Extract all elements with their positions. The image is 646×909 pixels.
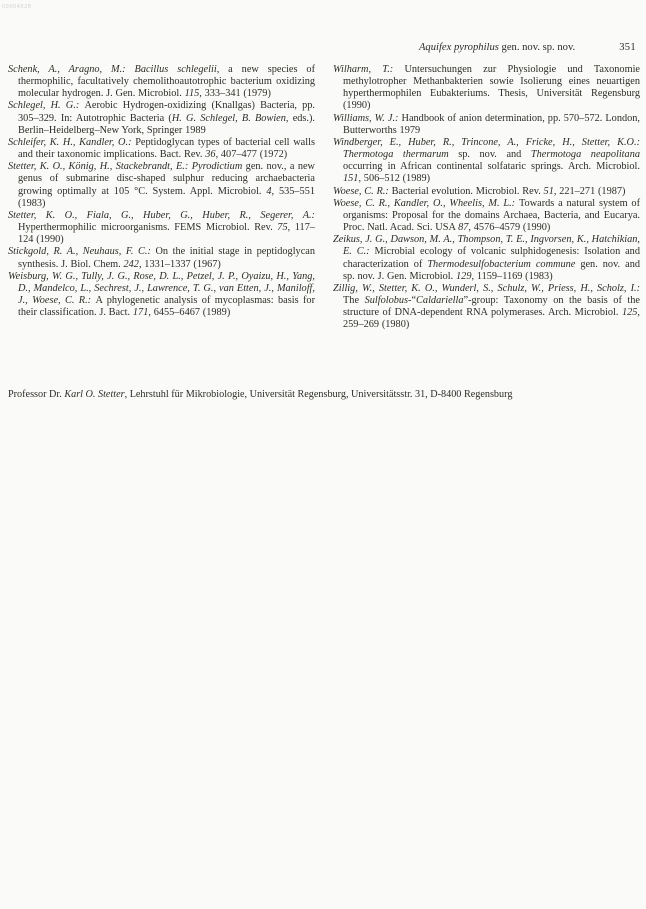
text-segment: Thermotoga thermarum [343, 149, 449, 160]
text-segment: Pyrodictium [192, 161, 243, 172]
page-header: Aquifex pyrophilus gen. nov. sp. nov. 35… [0, 0, 646, 53]
text-segment: Schlegel, H. G.: [8, 100, 84, 111]
text-segment: Sulfolobus [365, 295, 408, 306]
text-segment: Stetter, K. O., Fiala, G., Huber, G., Hu… [8, 210, 315, 221]
text-segment: Woese, C. R.: [333, 186, 392, 197]
reference-item: Schlegel, H. G.: Aerobic Hydrogen-oxidiz… [8, 100, 315, 136]
text-segment: H. G. Schlegel, B. Bowien [172, 113, 286, 124]
reference-item: Woese, C. R.: Bacterial evolution. Micro… [333, 186, 640, 198]
text-segment: Karl O. Stetter [64, 389, 124, 400]
text-segment: 87 [458, 222, 468, 233]
reference-item: Stickgold, R. A., Neuhaus, F. C.: On the… [8, 246, 315, 270]
running-title: Aquifex pyrophilus gen. nov. sp. nov. [419, 42, 575, 53]
text-segment: , 506–512 (1989) [358, 173, 430, 184]
text-segment: , 407–477 (1972) [216, 149, 288, 160]
text-segment: 242 [124, 259, 139, 270]
reference-item: Stetter, K. O., Fiala, G., Huber, G., Hu… [8, 210, 315, 246]
text-segment: Schleifer, K. H., Kandler, O.: [8, 137, 135, 148]
text-segment: occurring in African continental solfata… [343, 161, 640, 172]
text-segment: 115 [185, 88, 200, 99]
text-segment: Caldariella [416, 295, 463, 306]
journal-page: 00004528 Aquifex pyrophilus gen. nov. sp… [0, 0, 646, 909]
text-segment: gen. nov. sp. nov. [499, 42, 575, 53]
text-segment: , 6455–6467 (1989) [148, 307, 230, 318]
references-section: Schenk, A., Aragno, M.: Bacillus schlege… [0, 53, 646, 331]
text-segment: -“ [408, 295, 416, 306]
text-segment: 125 [622, 307, 637, 318]
text-segment: Aquifex pyrophilus [419, 42, 499, 53]
references-column-right: Wilharm, T.: Untersuchungen zur Physiolo… [333, 64, 640, 331]
text-segment: , Lehrstuhl für Mikrobiologie, Universit… [125, 389, 513, 400]
author-address-footer: Professor Dr. Karl O. Stetter, Lehrstuhl… [8, 388, 638, 401]
text-segment: , 221–271 (1987) [554, 186, 626, 197]
text-segment: Wilharm, T.: [333, 64, 404, 75]
text-segment: , 1159–1169 (1983) [471, 271, 552, 282]
reference-item: Woese, C. R., Kandler, O., Wheelis, M. L… [333, 198, 640, 234]
text-segment: Thermotoga neapolitana [531, 149, 640, 160]
text-segment: Stickgold, R. A., Neuhaus, F. C.: [8, 246, 155, 257]
text-segment: 129 [456, 271, 471, 282]
text-segment: Thermodesulfobacterium commune [427, 259, 575, 270]
text-segment: 36 [205, 149, 215, 160]
reference-item: Schenk, A., Aragno, M.: Bacillus schlege… [8, 64, 315, 100]
reference-item: Weisburg, W. G., Tully, J. G., Rose, D. … [8, 271, 315, 320]
text-segment: Zillig, W., Stetter, K. O., Wunderl, S.,… [333, 283, 640, 294]
text-segment: Windberger, E., Huber, R., Trincone, A.,… [333, 137, 640, 148]
text-segment: 75 [277, 222, 287, 233]
text-segment: sp. nov. and [449, 149, 531, 160]
text-segment: The [343, 295, 365, 306]
text-segment: 151 [343, 173, 358, 184]
reference-item: Stetter, K. O., König, H., Stackebrandt,… [8, 161, 315, 210]
text-segment: , 4576–4579 (1990) [468, 222, 550, 233]
text-segment: Williams, W. J.: [333, 113, 402, 124]
text-segment: 51 [544, 186, 554, 197]
text-segment: Hyperthermophilic microorganisms. FEMS M… [18, 222, 277, 233]
page-number: 351 [619, 42, 636, 53]
text-segment: 171 [133, 307, 148, 318]
text-segment: Woese, C. R., Kandler, O., Wheelis, M. L… [333, 198, 519, 209]
reference-item: Zillig, W., Stetter, K. O., Wunderl, S.,… [333, 283, 640, 332]
scan-id-mark: 00004528 [2, 4, 31, 10]
text-segment: Bacterial evolution. Microbiol. Rev. [392, 186, 544, 197]
running-head: Aquifex pyrophilus gen. nov. sp. nov. 35… [332, 42, 636, 53]
text-segment: , 1331–1337 (1967) [139, 259, 221, 270]
text-segment: Stetter, K. O., König, H., Stackebrandt,… [8, 161, 192, 172]
text-segment: Schenk, A., Aragno, M.: [8, 64, 135, 75]
reference-item: Wilharm, T.: Untersuchungen zur Physiolo… [333, 64, 640, 113]
reference-item: Zeikus, J. G., Dawson, M. A., Thompson, … [333, 234, 640, 283]
text-segment: Bacillus schlegelii [135, 64, 217, 75]
text-segment: Professor Dr. [8, 389, 64, 400]
references-column-left: Schenk, A., Aragno, M.: Bacillus schlege… [8, 64, 315, 331]
text-segment: , 333–341 (1979) [199, 88, 271, 99]
reference-item: Windberger, E., Huber, R., Trincone, A.,… [333, 137, 640, 186]
reference-item: Schleifer, K. H., Kandler, O.: Peptidogl… [8, 137, 315, 161]
reference-item: Williams, W. J.: Handbook of anion deter… [333, 113, 640, 137]
